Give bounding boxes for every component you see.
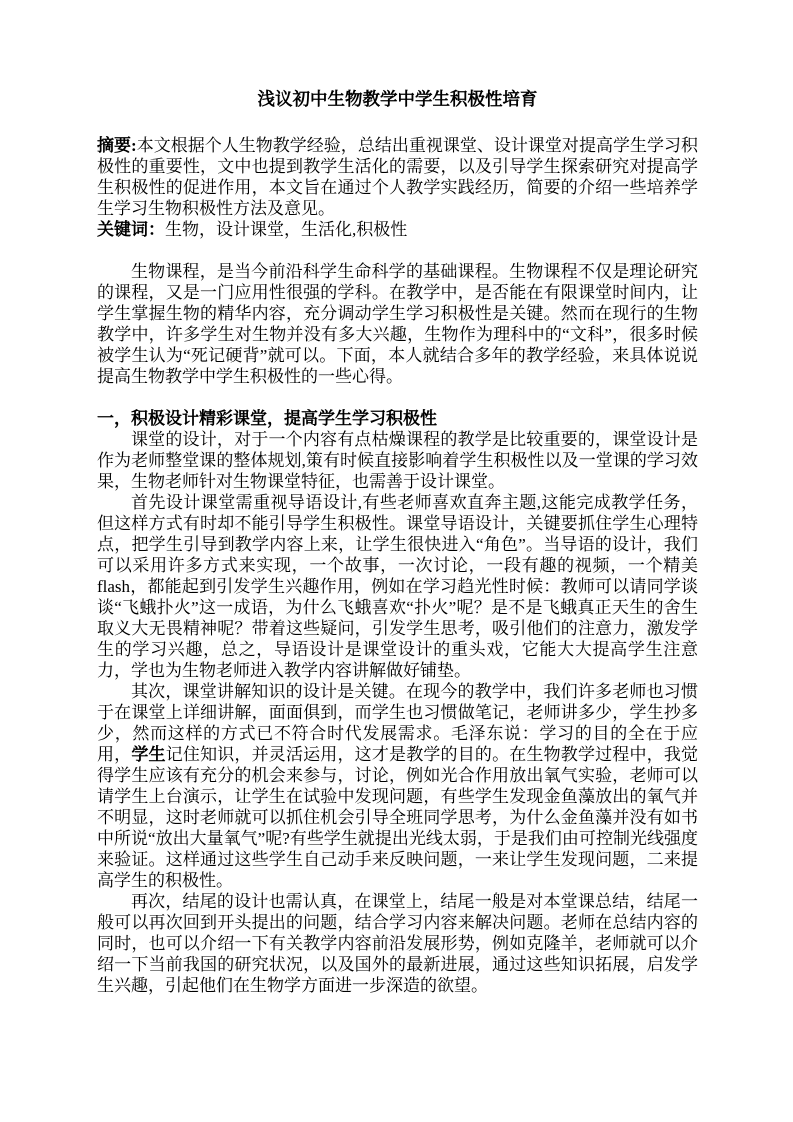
abstract-paragraph: 摘要:本文根据个人生物教学经验，总结出重视课堂、设计课堂对提高学生学习积极性的重… — [97, 135, 698, 219]
section1-paragraph-3-text-after: 记住知识，并灵活运用，这才是教学的目的。在生物教学过程中，我觉得学生应该有充分的… — [97, 745, 698, 890]
keywords-text: 生物，设计课堂，生活化,积极性 — [165, 220, 407, 239]
document-page: 浅议初中生物教学中学生积极性培育 摘要:本文根据个人生物教学经验，总结出重视课堂… — [0, 0, 793, 1122]
intro-paragraph: 生物课程，是当今前沿科学生命科学的基础课程。生物课程不仅是理论研究的课程，又是一… — [97, 261, 698, 387]
keywords-label: 关键词： — [97, 220, 165, 239]
section1-paragraph-1: 课堂的设计，对于一个内容有点枯燥课程的教学是比较重要的，课堂设计是作为老师整堂课… — [97, 429, 698, 492]
document-title: 浅议初中生物教学中学生积极性培育 — [97, 88, 698, 110]
section1-heading: 一，积极设计精彩课堂，提高学生学习积极性 — [97, 408, 698, 429]
keywords-line: 关键词：生物，设计课堂，生活化,积极性 — [97, 219, 698, 240]
section1-paragraph-4: 再次，结尾的设计也需认真，在课堂上，结尾一般是对本堂课总结，结尾一般可以再次回到… — [97, 891, 698, 996]
abstract-text: 本文根据个人生物教学经验，总结出重视课堂、设计课堂对提高学生学习积极性的重要性，… — [97, 136, 698, 218]
section1-paragraph-3: 其次，课堂讲解知识的设计是关键。在现今的教学中，我们许多老师也习惯于在课堂上详细… — [97, 681, 698, 891]
section1-paragraph-2: 首先设计课堂需重视导语设计,有些老师喜欢直奔主题,这能完成教学任务，但这样方式有… — [97, 492, 698, 681]
abstract-label: 摘要: — [97, 136, 137, 155]
section1-paragraph-3-bold-term: 学生 — [131, 745, 165, 764]
